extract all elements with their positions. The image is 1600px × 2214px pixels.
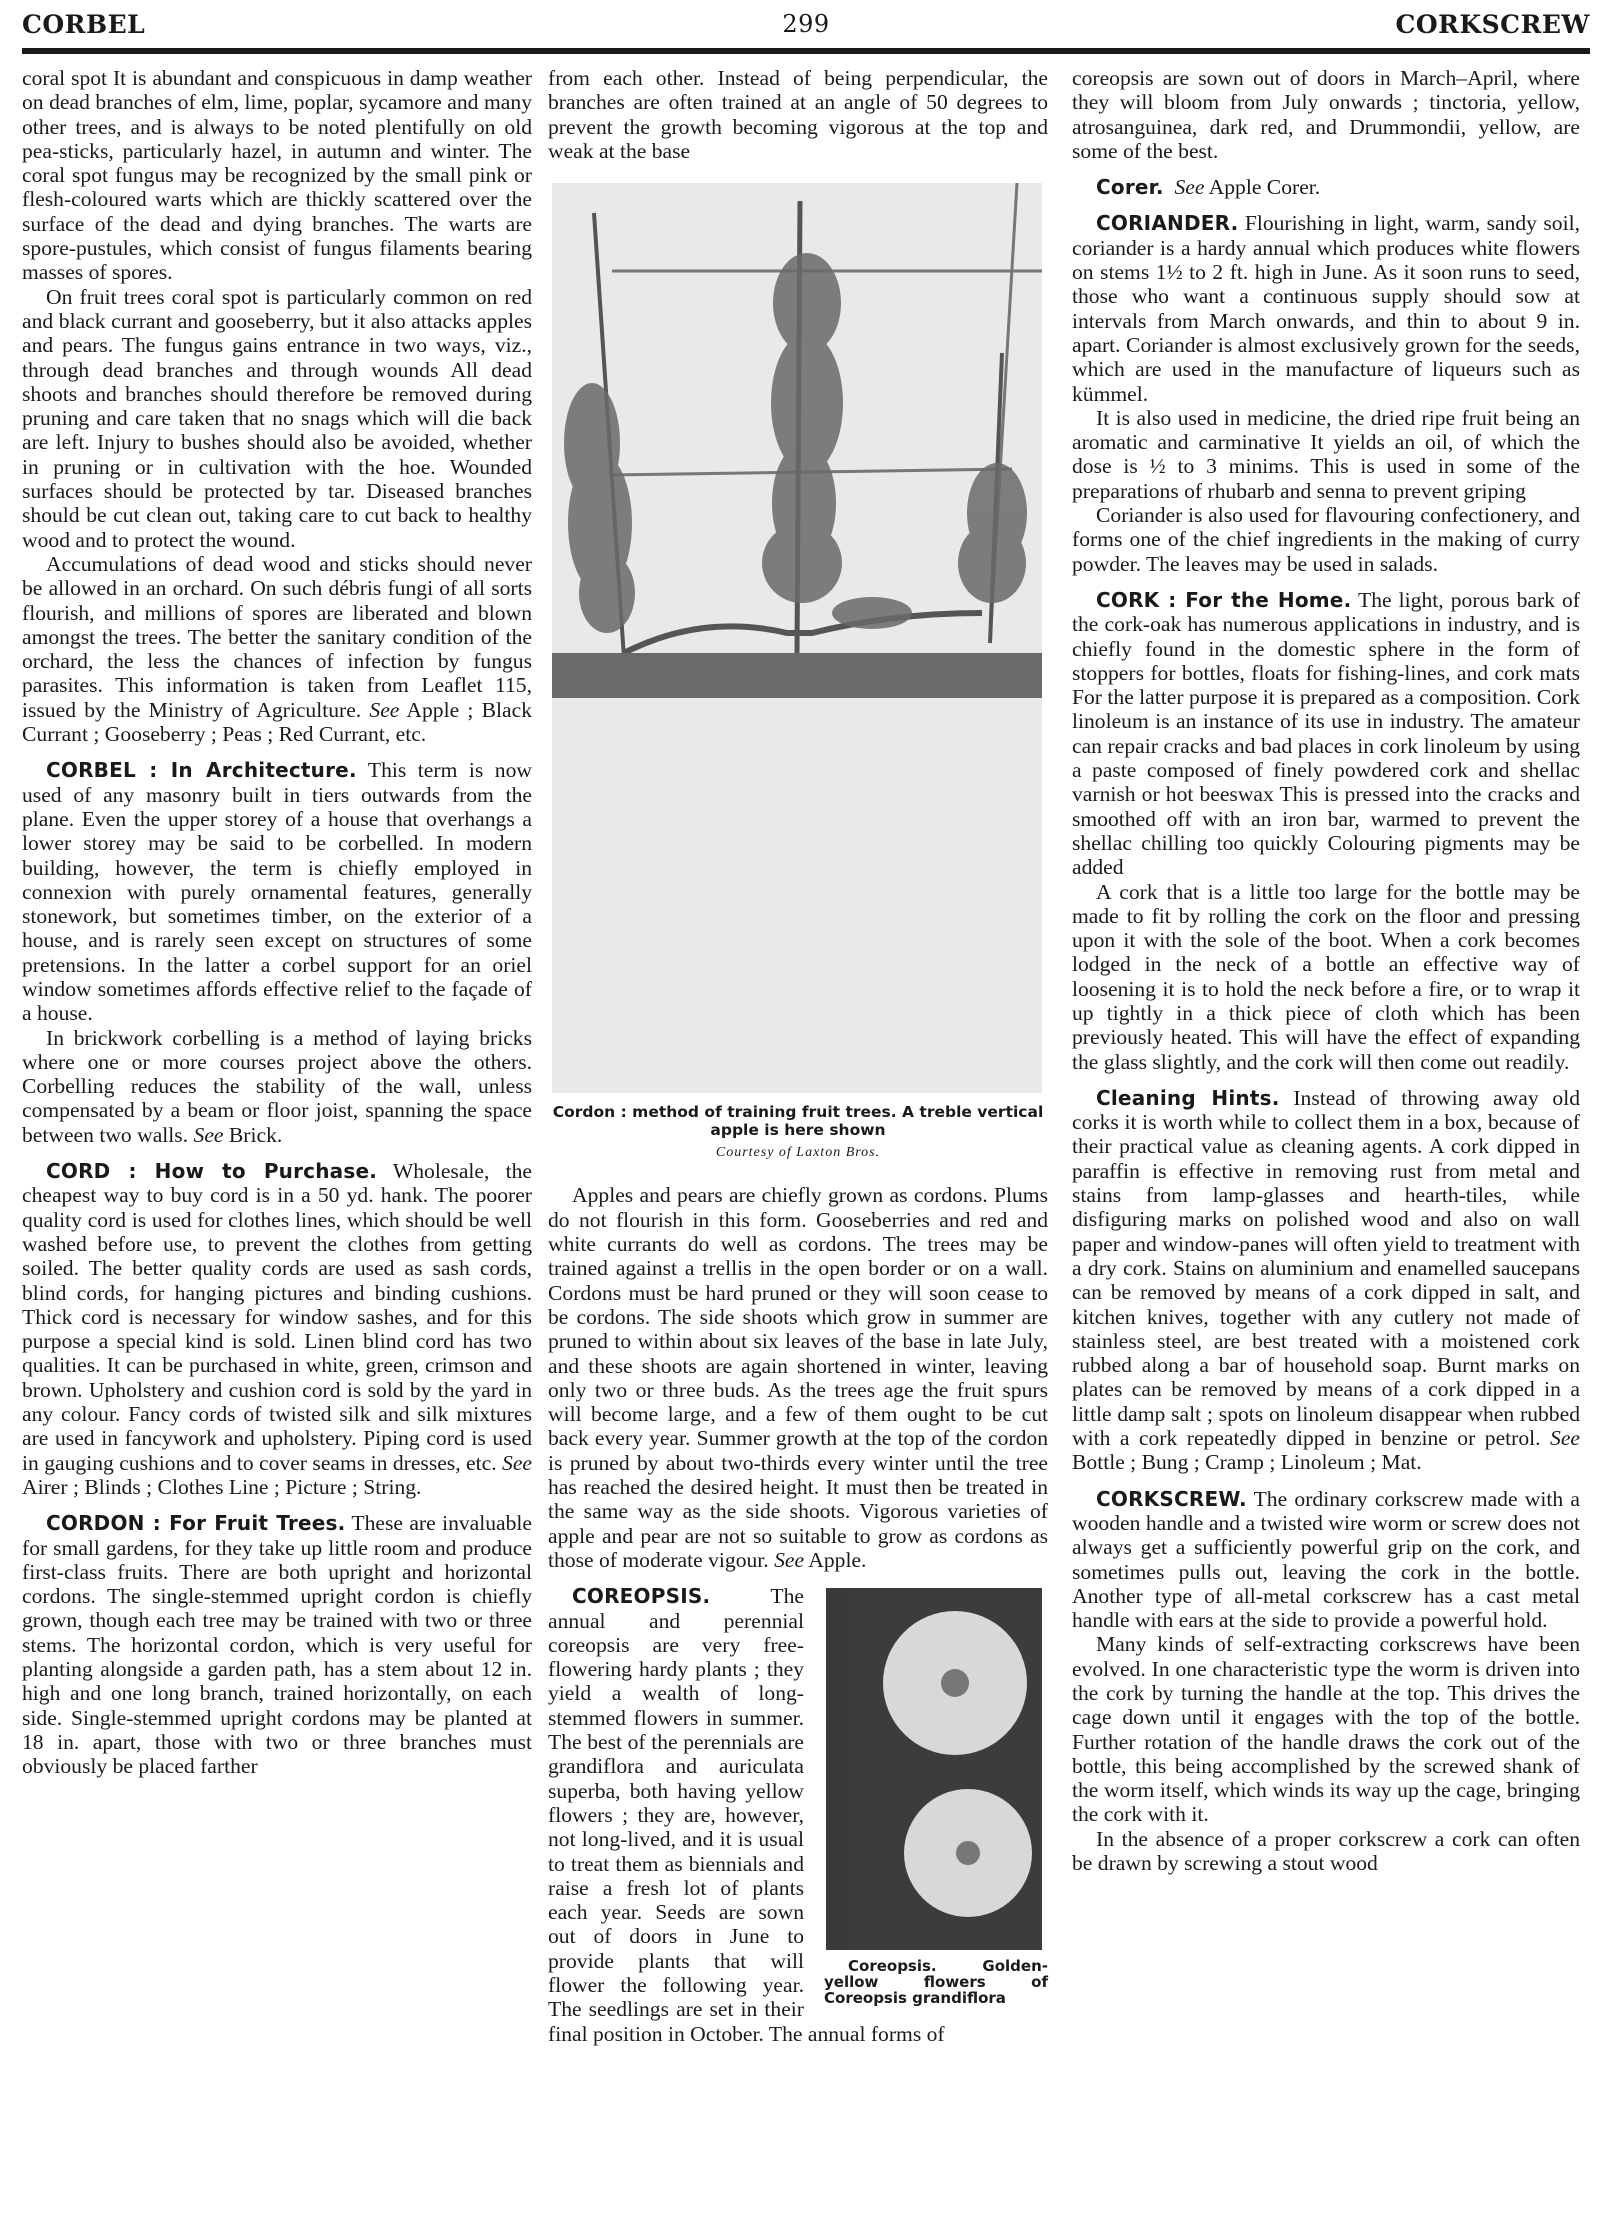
running-header: CORBEL 299 CORKSCREW	[22, 8, 1590, 54]
entry-corer: Corer. See Apple Corer.	[1072, 175, 1580, 199]
entry-coriander: CORIANDER. Flourishing in light, warm, s…	[1072, 211, 1580, 405]
column-right: coreopsis are sown out of doors in March…	[1072, 66, 1580, 1875]
column-left: coral spot It is abundant and conspicuou…	[22, 66, 532, 1778]
figure-caption: Coreopsis. Golden-yellow flowers of Core…	[818, 1958, 1048, 2006]
headword-cork: CORK : For the Home.	[1096, 588, 1351, 612]
headword-corkscrew: CORKSCREW.	[1096, 1487, 1247, 1511]
coral-spot-paragraph-3: Accumulations of dead wood and sticks sh…	[22, 552, 532, 746]
entry-corbel: CORBEL : In Architecture. This term is n…	[22, 758, 532, 1025]
coriander-paragraph-2: It is also used in medicine, the dried r…	[1072, 406, 1580, 503]
cordon-continued: from each other. Instead of being perpen…	[548, 66, 1048, 163]
coreopsis-continued: coreopsis are sown out of doors in March…	[1072, 66, 1580, 163]
see-also-label: See	[502, 1451, 532, 1475]
figure-coreopsis: Coreopsis. Golden-yellow flowers of Core…	[818, 1588, 1048, 2006]
see-also-label: See	[194, 1123, 224, 1147]
corkscrew-paragraph-2: Many kinds of self-extracting corkscrews…	[1072, 1632, 1580, 1826]
corbel-paragraph-2: In brickwork corbelling is a method of l…	[22, 1026, 532, 1147]
headword-coriander: CORIANDER.	[1096, 211, 1238, 235]
cross-references: Apple.	[808, 1548, 866, 1572]
photo-credit: Courtesy of Laxton Bros.	[548, 1141, 1048, 1165]
coral-spot-paragraph-1: coral spot It is abundant and conspicuou…	[22, 66, 532, 285]
headword-coreopsis: COREOPSIS.	[572, 1584, 710, 1608]
figure-cordon: Cordon : method of training fruit trees.…	[548, 183, 1048, 1165]
apple-cordon-illustration	[552, 183, 1042, 1093]
see-also-label: See	[1550, 1426, 1580, 1450]
headword-corbel: CORBEL : In Architecture.	[46, 758, 357, 782]
corkscrew-paragraph-3: In the absence of a proper corkscrew a c…	[1072, 1827, 1580, 1876]
entry-cork: CORK : For the Home. The light, porous b…	[1072, 588, 1580, 880]
guide-word-left: CORBEL	[22, 10, 145, 39]
entry-cord: CORD : How to Purchase. Wholesale, the c…	[22, 1159, 532, 1499]
cross-references: Apple Corer.	[1209, 175, 1321, 199]
cross-references: Airer ; Blinds ; Clothes Line ; Picture …	[22, 1475, 421, 1499]
coriander-paragraph-3: Coriander is also used for flavouring co…	[1072, 503, 1580, 576]
coreopsis-flowers-illustration	[850, 1588, 1042, 1950]
see-also-label: See	[369, 698, 399, 722]
entry-cordon: CORDON : For Fruit Trees. These are inva…	[22, 1511, 532, 1778]
cordon-photo	[552, 183, 1042, 1093]
entry-corkscrew: CORKSCREW. The ordinary corkscrew made w…	[1072, 1487, 1580, 1633]
coral-spot-paragraph-2: On fruit trees coral spot is particularl…	[22, 285, 532, 552]
see-also-label: See	[774, 1548, 804, 1572]
entry-cleaning-hints: Cleaning Hints. Instead of throwing away…	[1072, 1086, 1580, 1475]
coreopsis-photo	[826, 1588, 1042, 1950]
guide-word-right: CORKSCREW	[1395, 10, 1590, 39]
cork-paragraph-2: A cork that is a little too large for th…	[1072, 880, 1580, 1074]
cordon-apples-paragraph: Apples and pears are chiefly grown as co…	[548, 1183, 1048, 1572]
cross-references: Bottle ; Bung ; Cramp ; Linoleum ; Mat.	[1072, 1450, 1422, 1474]
column-middle: from each other. Instead of being perpen…	[548, 66, 1048, 2046]
subheading-cleaning-hints: Cleaning Hints.	[1096, 1086, 1280, 1110]
entry-coreopsis: COREOPSIS. Coreopsis. Golden-yellow flow…	[548, 1584, 1048, 2046]
headword-cord: CORD : How to Purchase.	[46, 1159, 377, 1183]
headword-corer: Corer.	[1096, 175, 1164, 199]
cross-references: Brick.	[229, 1123, 282, 1147]
headword-cordon: CORDON : For Fruit Trees.	[46, 1511, 345, 1535]
see-also-label: See	[1174, 175, 1204, 199]
figure-caption: Cordon : method of training fruit trees.…	[548, 1103, 1048, 1139]
page-number: 299	[782, 10, 829, 38]
